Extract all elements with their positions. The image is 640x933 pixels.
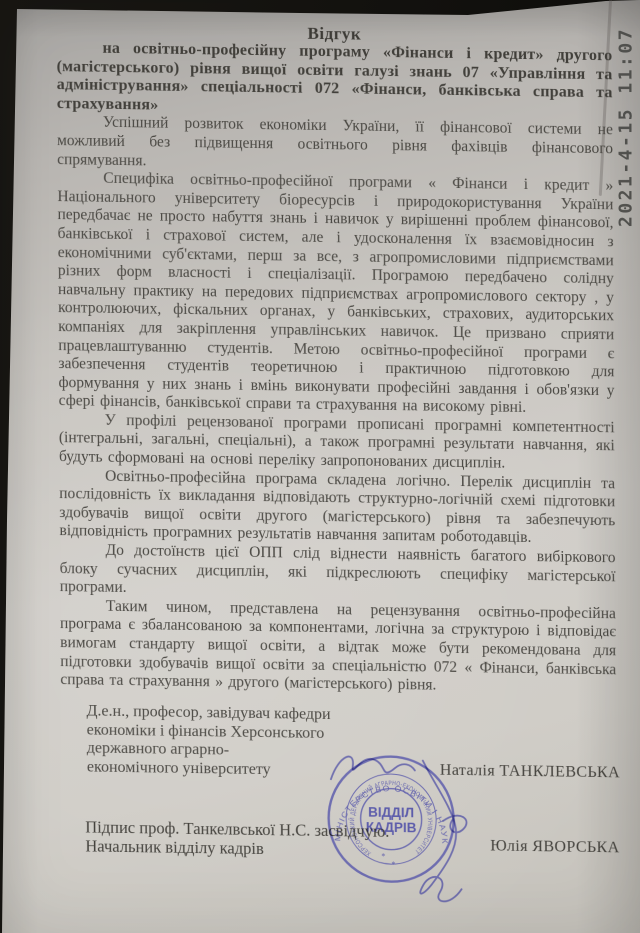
paragraph: Таким чином, представлена на рецензуванн… — [60, 597, 617, 698]
document-content: Відгук на освітньо-професійну програму «… — [0, 0, 640, 933]
document-body: Успішний розвиток економіки України, її … — [57, 113, 616, 698]
hr-officer-name: Юлія ЯВОРСЬКА — [490, 838, 619, 858]
paragraph: Успішний розвиток економіки України, її … — [57, 113, 613, 177]
photographed-document: Відгук на освітньо-професійну програму «… — [0, 0, 640, 933]
handwritten-signature-icon — [303, 735, 504, 923]
paragraph: Специфіка освітньо-професійної програми … — [57, 169, 614, 419]
paragraph: Освітньо-професійна програма складена ло… — [59, 467, 615, 550]
paragraph: До достоїнств цієї ОПП слід віднести ная… — [60, 541, 616, 605]
document-subject-heading: на освітньо-професійну програму «Фінанси… — [56, 39, 612, 122]
camera-timestamp: 2021-4-15 11:07 — [616, 27, 637, 227]
paragraph: У профілі рецензованої програми прописан… — [59, 411, 615, 475]
